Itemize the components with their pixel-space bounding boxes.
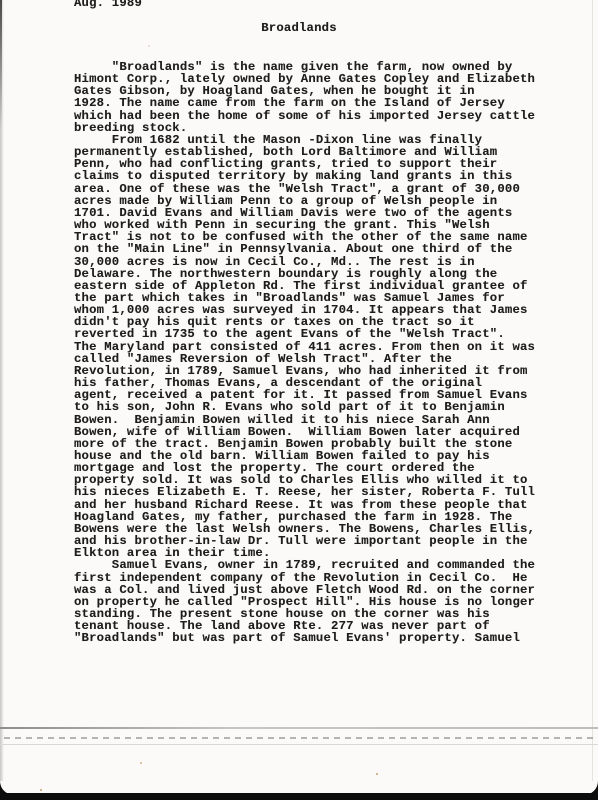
binding-edge-faint-line [0, 744, 598, 745]
paragraph-intro: "Broadlands" is the name given the farm,… [74, 61, 556, 134]
document-body: "Broadlands" is the name given the farm,… [74, 61, 556, 645]
binding-edge-line [0, 727, 598, 729]
page-left-edge-dark [0, 0, 2, 130]
date-label: Aug. 1989 [74, 0, 142, 10]
scanner-bottom-bar [0, 793, 598, 800]
paragraph-samuel-evans: Samuel Evans, owner in 1789, recruited a… [74, 559, 556, 644]
page-right-edge-line [592, 0, 593, 800]
paragraph-history: From 1682 until the Mason -Dixon line wa… [74, 134, 556, 559]
page-title: Broadlands [0, 21, 598, 35]
binding-edge-dashes [4, 737, 594, 739]
paper-speckles [40, 789, 42, 791]
scanned-document-page: Aug. 1989 Broadlands "Broadlands" is the… [0, 0, 598, 800]
